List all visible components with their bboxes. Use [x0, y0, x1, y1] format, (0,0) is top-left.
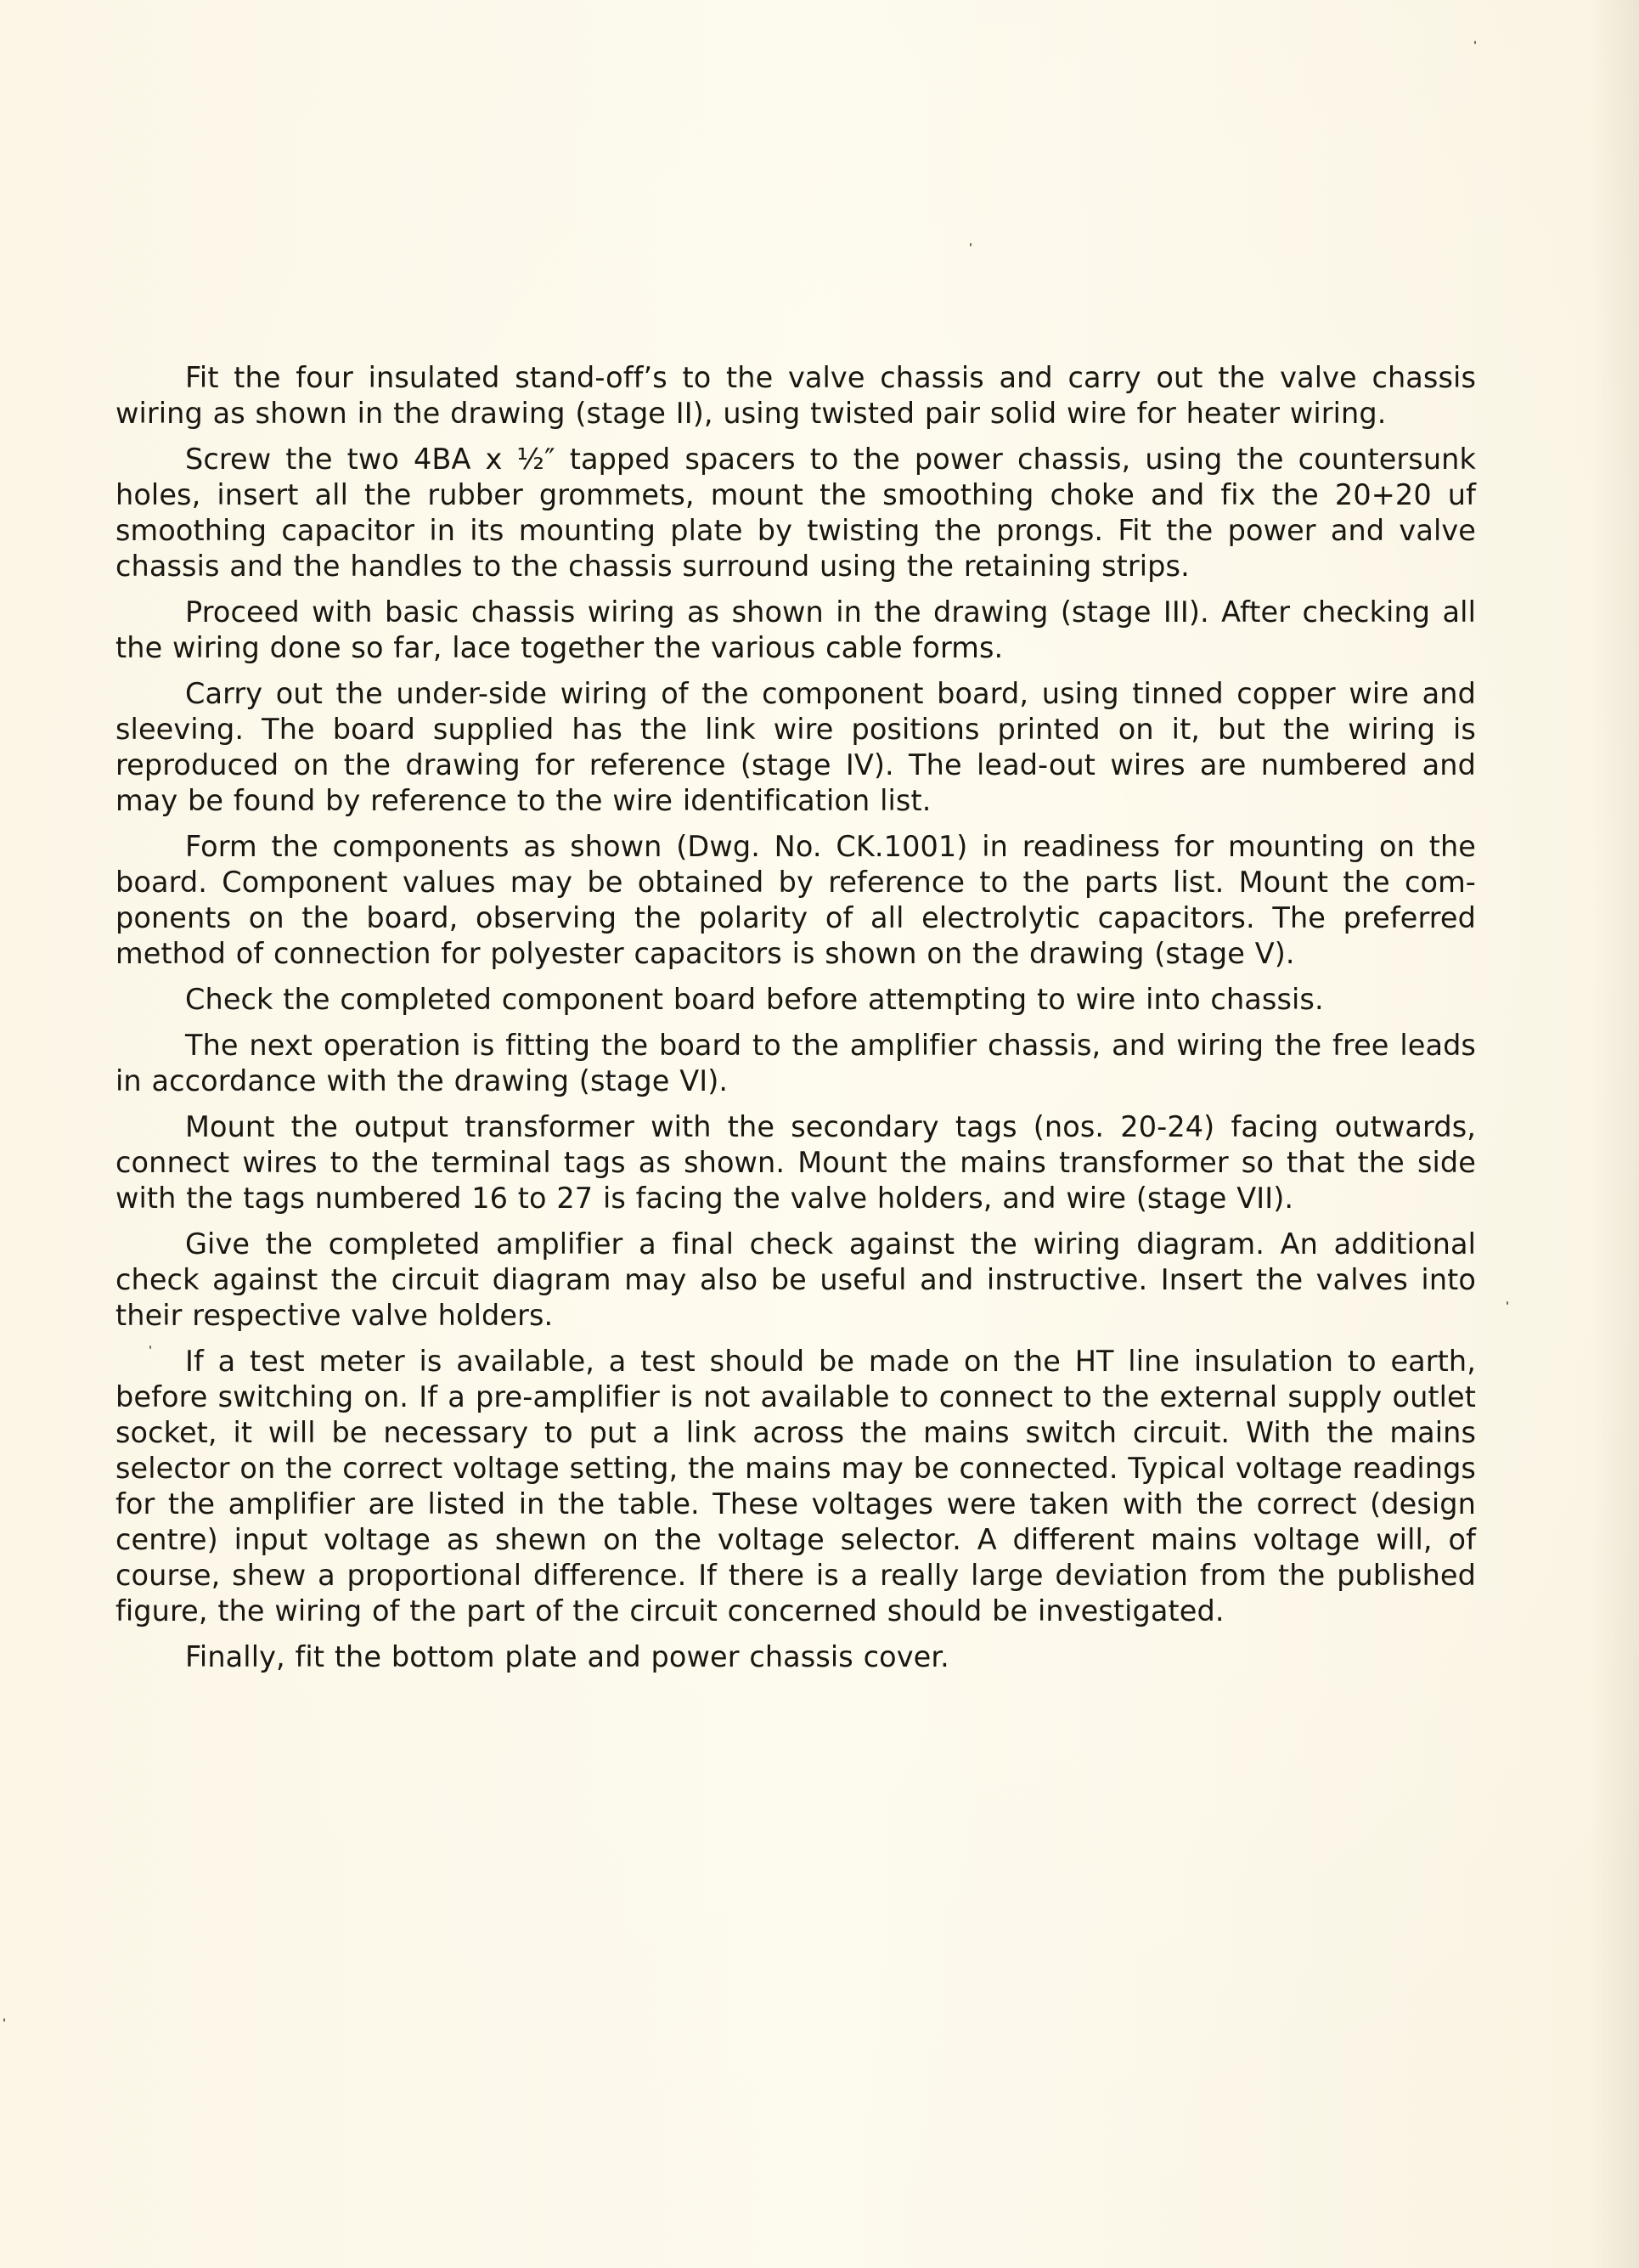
paper-speck: [970, 243, 972, 246]
paragraph-component-board-underside: Carry out the under-side wiring of the c…: [115, 676, 1476, 819]
paper-speck: [1507, 1301, 1508, 1305]
paper-speck: [3, 2018, 5, 2022]
paragraph-basic-chassis-wiring: Proceed with basic chassis wiring as sho…: [115, 595, 1476, 666]
paragraph-testing: If a test meter is available, a test sho…: [115, 1344, 1476, 1629]
paragraph-check-board: Check the completed component board befo…: [115, 982, 1476, 1018]
scanned-page: Fit the four insulated stand-off’s to th…: [0, 0, 1639, 2268]
paragraph-mount-transformers: Mount the output transformer with the se…: [115, 1109, 1476, 1216]
paragraph-power-chassis-assembly: Screw the two 4BA x ½″ tapped spacers to…: [115, 442, 1476, 584]
paragraph-form-components: Form the components as shown (Dwg. No. C…: [115, 829, 1476, 972]
paragraph-fit-board: The next operation is fitting the board …: [115, 1028, 1476, 1099]
instruction-text: Fit the four insulated stand-off’s to th…: [115, 360, 1476, 1685]
paragraph-final-check: Give the completed amplifier a final che…: [115, 1227, 1476, 1334]
paper-speck: [1474, 41, 1476, 44]
paragraph-finally: Finally, fit the bottom plate and power …: [115, 1639, 1476, 1675]
paragraph-valve-chassis-wiring: Fit the four insulated stand-off’s to th…: [115, 360, 1476, 432]
